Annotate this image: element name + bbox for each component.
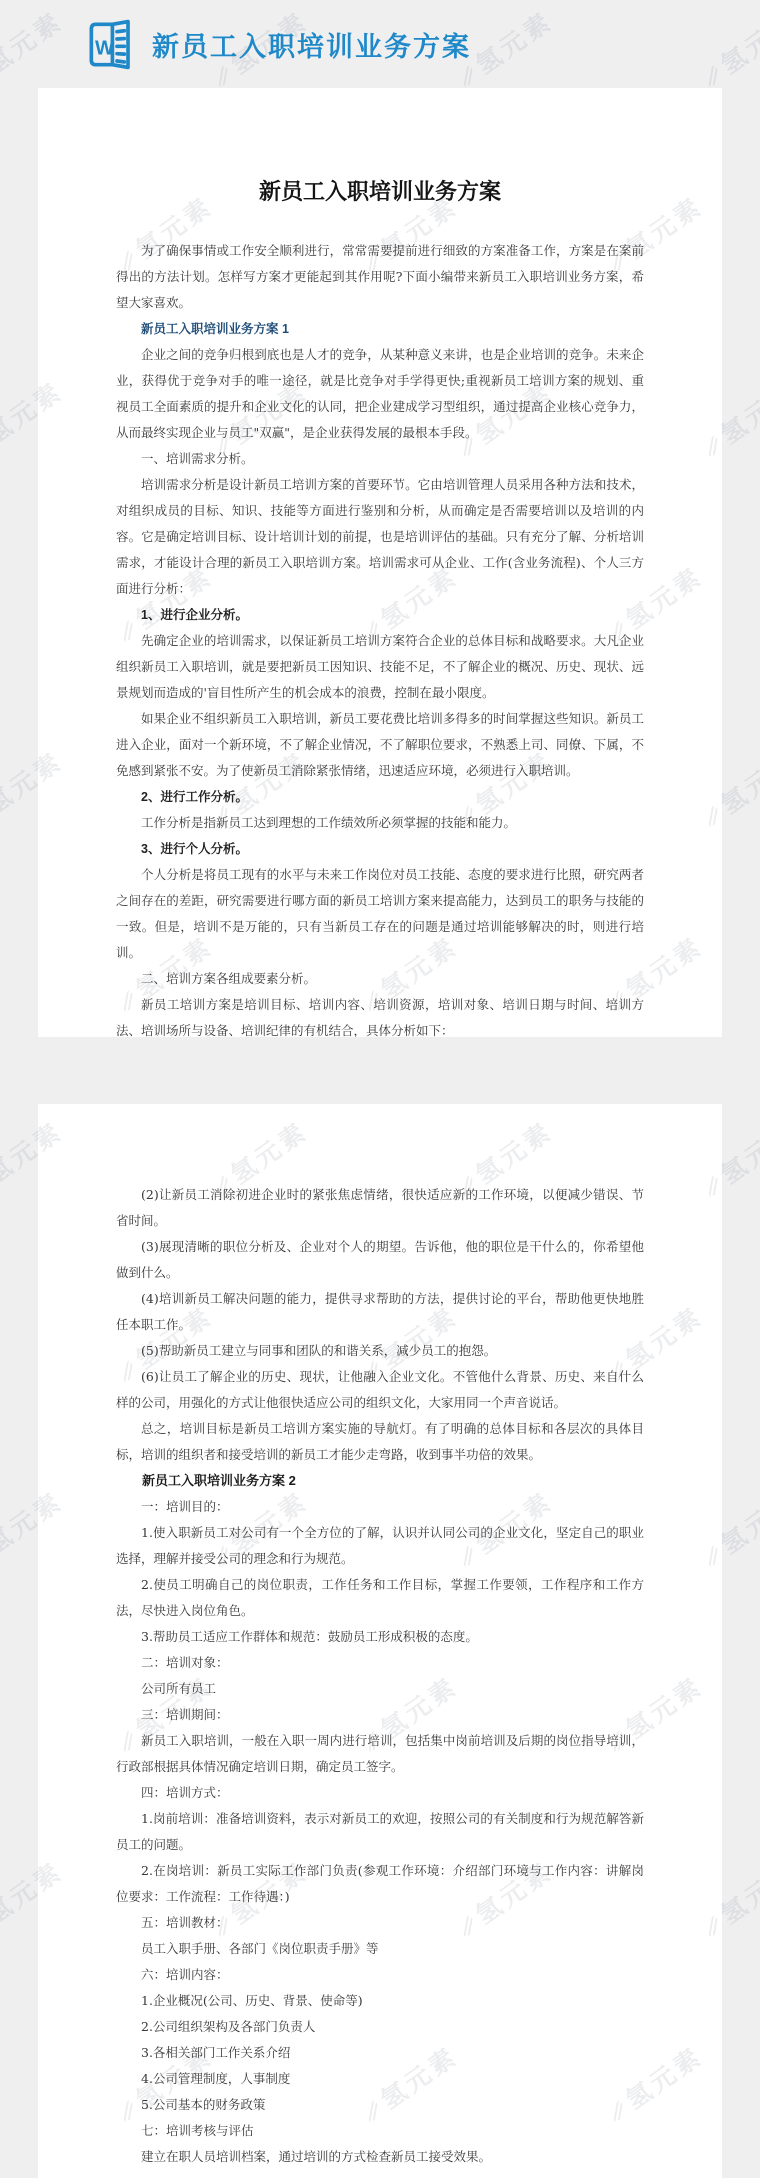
section-heading: 新员工入职培训业务方案 1: [116, 316, 644, 342]
paragraph: 七：培训考核与评估: [116, 2118, 644, 2144]
paragraph: 建立在职人员培训档案，通过培训的方式检查新员工接受效果。: [116, 2144, 644, 2170]
paragraph: 2.在岗培训：新员工实际工作部门负责(参观工作环境：介绍部门环境与工作内容：讲解…: [116, 1858, 644, 1910]
document-page-2: (2)让新员工消除初进企业时的紧张焦虑情绪，很快适应新的工作环境，以便减少错误、…: [38, 1104, 722, 2178]
paragraph: 先确定企业的培训需求，以保证新员工培训方案符合企业的总体目标和战略要求。大凡企业…: [116, 628, 644, 706]
paragraph: 2.公司组织架构及各部门负责人: [116, 2014, 644, 2040]
paragraph: 三：培训期间：: [116, 1702, 644, 1728]
paragraph: (4)培训新员工解决问题的能力，提供寻求帮助的方法，提供讨论的平台，帮助他更快地…: [116, 1286, 644, 1338]
paragraph: 培训需求分析是设计新员工培训方案的首要环节。它由培训管理人员采用各种方法和技术，…: [116, 472, 644, 602]
paragraph: 五：培训教材：: [116, 1910, 644, 1936]
paragraph: 3.各相关部门工作关系介绍: [116, 2040, 644, 2066]
paragraph: 二、培训方案各组成要素分析。: [116, 966, 644, 992]
paragraph: 员工入职手册、各部门《岗位职责手册》等: [116, 1936, 644, 1962]
paragraph: 六：培训内容：: [116, 1962, 644, 1988]
word-document-icon: W: [84, 17, 139, 72]
svg-text:W: W: [95, 37, 114, 59]
numbered-heading: 3、进行个人分析。: [116, 836, 644, 862]
paragraph: 个人分析是将员工现有的水平与未来工作岗位对员工技能、态度的要求进行比照，研究两者…: [116, 862, 644, 966]
paragraph: 公司所有员工: [116, 1676, 644, 1702]
paragraph: 一、培训需求分析。: [116, 446, 644, 472]
document-title: 新员工入职培训业务方案: [116, 176, 644, 208]
paragraph: 四：培训方式：: [116, 1780, 644, 1806]
paragraph: 1.岗前培训：准备培训资料，表示对新员工的欢迎，按照公司的有关制度和行为规范解答…: [116, 1806, 644, 1858]
paragraph: 4.公司管理制度，人事制度: [116, 2066, 644, 2092]
paragraph: (2)让新员工消除初进企业时的紧张焦虑情绪，很快适应新的工作环境，以便减少错误、…: [116, 1182, 644, 1234]
paragraph: 企业之间的竞争归根到底也是人才的竞争，从某种意义来讲，也是企业培训的竞争。未来企…: [116, 342, 644, 446]
site-header: W 新员工入职培训业务方案: [0, 0, 760, 88]
document-page-1: 新员工入职培训业务方案 为了确保事情或工作安全顺利进行，常常需要提前进行细致的方…: [38, 88, 722, 1037]
page-1-paragraphs: 为了确保事情或工作安全顺利进行，常常需要提前进行细致的方案准备工作，方案是在案前…: [116, 238, 644, 1037]
paragraph: 1.使入职新员工对公司有一个全方位的了解，认识并认同公司的企业文化，坚定自己的职…: [116, 1520, 644, 1572]
paragraph: 二：培训对象：: [116, 1650, 644, 1676]
paragraph: 工作分析是指新员工达到理想的工作绩效所必须掌握的技能和能力。: [116, 810, 644, 836]
paragraph: 为了确保事情或工作安全顺利进行，常常需要提前进行细致的方案准备工作，方案是在案前…: [116, 238, 644, 316]
numbered-heading: 2、进行工作分析。: [116, 784, 644, 810]
numbered-heading: 1、进行企业分析。: [116, 602, 644, 628]
paragraph: 总之，培训目标是新员工培训方案实施的导航灯。有了明确的总体目标和各层次的具体目标…: [116, 1416, 644, 1468]
paragraph: (3)展现清晰的职位分析及、企业对个人的期望。告诉他，他的职位是干什么的，你希望…: [116, 1234, 644, 1286]
paragraph: 5.公司基本的财务政策: [116, 2092, 644, 2118]
paragraph: 1.企业概况(公司、历史、背景、使命等): [116, 1988, 644, 2014]
paragraph: 新员工入职培训，一般在入职一周内进行培训，包括集中岗前培训及后期的岗位指导培训，…: [116, 1728, 644, 1780]
page-canvas: 氢元素氢元素氢元素氢元素氢元素氢元素氢元素氢元素氢元素氢元素氢元素氢元素氢元素氢…: [0, 0, 760, 2178]
paragraph: (6)让员工了解企业的历史、现状，让他融入企业文化。不管他什么背景、历史、来自什…: [116, 1364, 644, 1416]
paragraph: 2.使员工明确自己的岗位职责，工作任务和工作目标，掌握工作要领，工作程序和工作方…: [116, 1572, 644, 1624]
paragraph: 3.帮助员工适应工作群体和规范：鼓励员工形成积极的态度。: [116, 1624, 644, 1650]
paragraph: 新员工培训方案是培训目标、培训内容、培训资源，培训对象、培训日期与时间、培训方法…: [116, 992, 644, 1037]
site-title: 新员工入职培训业务方案: [152, 25, 471, 64]
paragraph: 如果企业不组织新员工入职培训，新员工要花费比培训多得多的时间掌握这些知识。新员工…: [116, 706, 644, 784]
paragraph: (5)帮助新员工建立与同事和团队的和谐关系，减少员工的抱怨。: [116, 1338, 644, 1364]
page-2-paragraphs: (2)让新员工消除初进企业时的紧张焦虑情绪，很快适应新的工作环境，以便减少错误、…: [116, 1182, 644, 2170]
paragraph: 一：培训目的：: [116, 1494, 644, 1520]
section-heading: 新员工入职培训业务方案 2: [116, 1468, 644, 1494]
